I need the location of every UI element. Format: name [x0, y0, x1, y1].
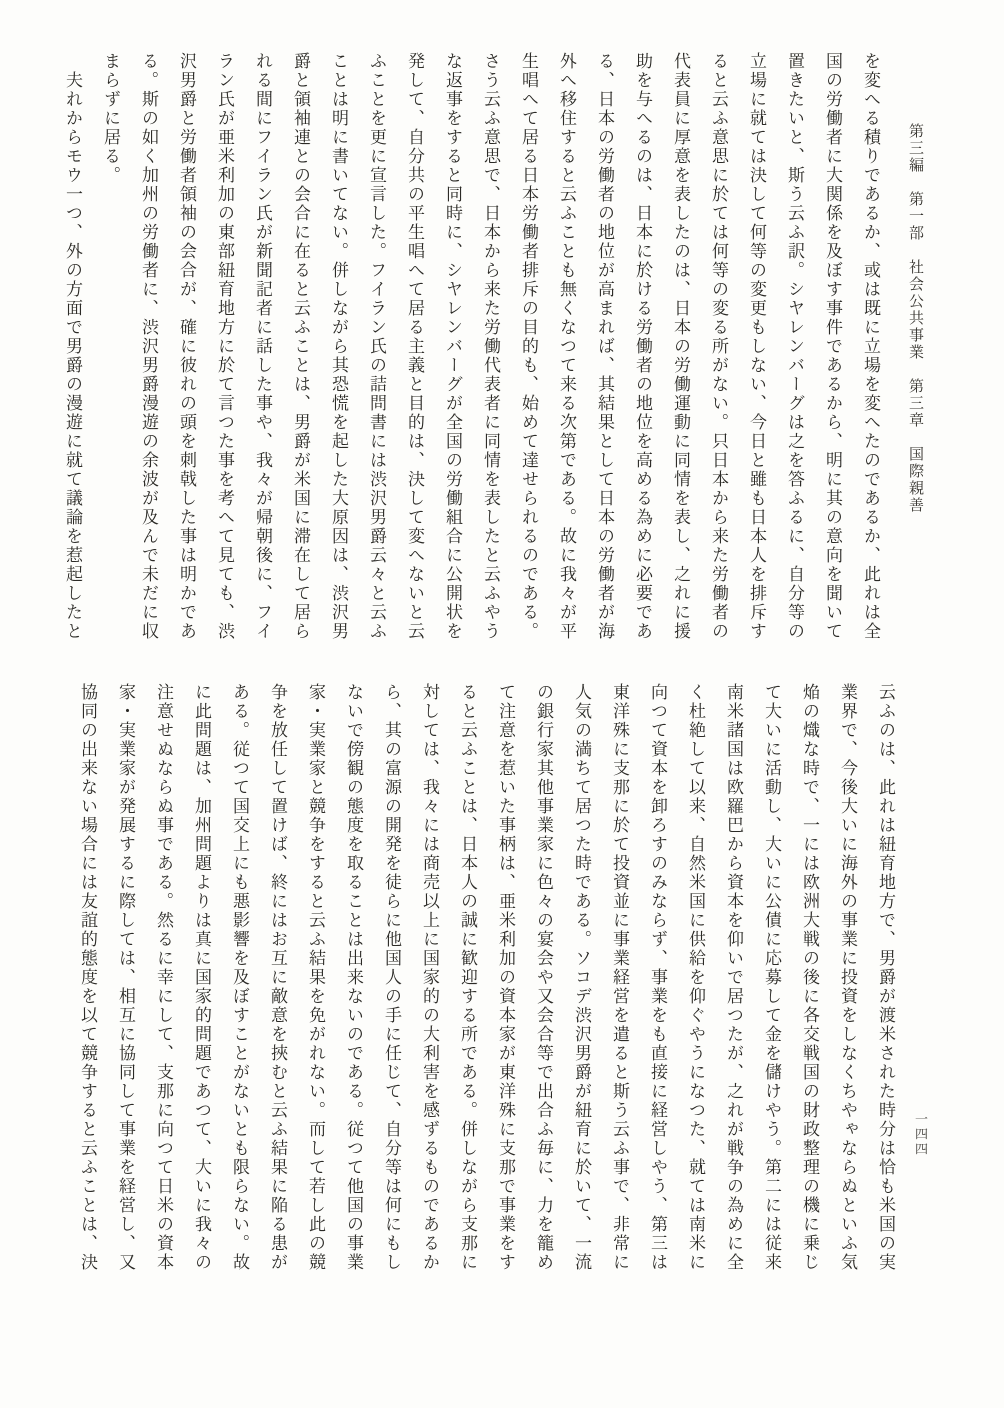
top-text-block: を変へる積りであるか、或は既に立場を変へたのであるか、此れは全国の労働者に大関係… [53, 52, 889, 652]
text-column: く杜絶して以来、自然米国に供給を仰ぐやうになつた、就ては南米に [676, 683, 714, 1303]
text-column: る、日本の労働者の地位が高まれば、其結果として日本の労働者が海 [585, 52, 623, 652]
page-number: 一四四 [910, 1112, 929, 1157]
text-column: 外へ移住すると云ふことも無くなつて来る次第である。故に我々が平 [547, 52, 585, 652]
book-page: 第三編 第一部 社会公共事業 第三章 国際親善 を変へる積りであるか、或は既に立… [0, 0, 1004, 1408]
text-column: 助を与へるのは、日本に於ける労働者の地位を高める為めに必要であ [623, 52, 661, 652]
text-column: ことは明に書いてない。併しながら其恐慌を起した大原因は、渋沢男 [319, 52, 357, 652]
text-column: 人気の満ちて居つた時である。ソコデ渋沢男爵が紐育に於いて、一流 [562, 683, 600, 1303]
text-column: ふことを更に宣言した。フイラン氏の詰問書には渋沢男爵云々と云ふ [357, 52, 395, 652]
text-column: 代表員に厚意を表したのは、日本の労働運動に同情を表し、之れに援 [661, 52, 699, 652]
text-column: 対しては、我々には商売以上に国家的の大利害を感ずるものであるか [410, 683, 448, 1303]
text-column: ないで傍観の態度を取ることは出来ないのである。従つて他国の事業 [334, 683, 372, 1303]
text-column: 向つて資本を卸ろすのみならず、事業をも直接に経営しやう、第三は [638, 683, 676, 1303]
bottom-text-block: 云ふのは、此れは紐育地方で、男爵が渡米された時分は恰も米国の実業界で、今後大いに… [68, 683, 904, 1303]
text-column: れる間にフイラン氏が新聞記者に話した事や、我々が帰朝後に、フイ [243, 52, 281, 652]
text-column: 業界で、今後大いに海外の事業に投資をしなくちやゃならぬといふ気 [828, 683, 866, 1303]
text-column: 南米諸国は欧羅巴から資本を仰いで居つたが、之れが戦争の為めに全 [714, 683, 752, 1303]
text-column: まらずに居る。 [91, 52, 129, 652]
text-column: さう云ふ意思で、日本から来た労働代表者に同情を表したと云ふやう [471, 52, 509, 652]
text-column: 云ふのは、此れは紐育地方で、男爵が渡米された時分は恰も米国の実 [866, 683, 904, 1303]
text-column: ら、其の富源の開発を徒らに他国人の手に任じて、自分等は何にもし [372, 683, 410, 1303]
text-column: 爵と領袖連との会合に在ると云ふことは、男爵が米国に滞在して居ら [281, 52, 319, 652]
text-column: 生唱へて居る日本労働者排斥の目的も、始めて達せられるのである。 [509, 52, 547, 652]
text-column: な返事をすると同時に、シヤレンバーグが全国の労働組合に公開状を [433, 52, 471, 652]
text-column: 置きたいと、斯う云ふ訳。シヤレンバーグは之を答ふるに、自分等の [775, 52, 813, 652]
text-column: 発して、自分共の平生唱へて居る主義と目的は、決して変へないと云 [395, 52, 433, 652]
text-column: 争を放任して置けば、終にはお互に敵意を挾むと云ふ結果に陥る患が [258, 683, 296, 1303]
text-column: を変へる積りであるか、或は既に立場を変へたのであるか、此れは全 [851, 52, 889, 652]
text-column: て注意を惹いた事柄は、亜米利加の資本家が東洋殊に支那で事業をす [486, 683, 524, 1303]
text-column: 家・実業家が発展するに際しては、相互に協同して事業を経営し、又 [106, 683, 144, 1303]
text-column: 国の労働者に大関係を及ぼす事件であるから、明に其の意向を聞いて [813, 52, 851, 652]
text-column: 家・実業家と競争をすると云ふ結果を免がれない。而して若し此の競 [296, 683, 334, 1303]
text-column: 東洋殊に支那に於て投資並に事業経営を遣ると斯う云ふ事で、非常に [600, 683, 638, 1303]
text-column: ある。従つて国交上にも悪影響を及ぼすことがないとも限らない。故 [220, 683, 258, 1303]
text-column: る。斯の如く加州の労働者に、渋沢男爵漫遊の余波が及んで未だに収 [129, 52, 167, 652]
text-column: 立場に就ては決して何等の変更もしない、今日と雖も日本人を排斥す [737, 52, 775, 652]
text-column: 沢男爵と労働者領袖の会合が、確に彼れの頭を刺戟した事は明かであ [167, 52, 205, 652]
text-column: ると云ふ意思に於ては何等の変る所がない。只日本から来た労働者の [699, 52, 737, 652]
text-column: に此問題は、加州問題よりは真に国家的問題であつて、大いに我々の [182, 683, 220, 1303]
text-column: 協同の出来ない場合には友誼的態度を以て競争すると云ふことは、決 [68, 683, 106, 1303]
text-column: 夫れからモウ一つ、外の方面で男爵の漫遊に就て議論を惹起したと [53, 52, 91, 652]
text-column: 焔の熾な時で、一には欧洲大戦の後に各交戦国の財政整理の機に乗じ [790, 683, 828, 1303]
text-column: ラン氏が亜米利加の東部紐育地方に於て言つた事を考へて見ても、渋 [205, 52, 243, 652]
text-column: の銀行家其他事業家に色々の宴会や又会合等で出合ふ毎に、力を籠め [524, 683, 562, 1303]
text-column: 注意せぬならぬ事である。然るに幸にして、支那に向つて日米の資本 [144, 683, 182, 1303]
text-column: ると云ふことは、日本人の誠に歓迎する所である。併しながら支那に [448, 683, 486, 1303]
text-column: て大いに活動し、大いに公債に応募して金を儲けやう。第二には従来 [752, 683, 790, 1303]
chapter-header: 第三編 第一部 社会公共事業 第三章 国際親善 [906, 123, 927, 514]
